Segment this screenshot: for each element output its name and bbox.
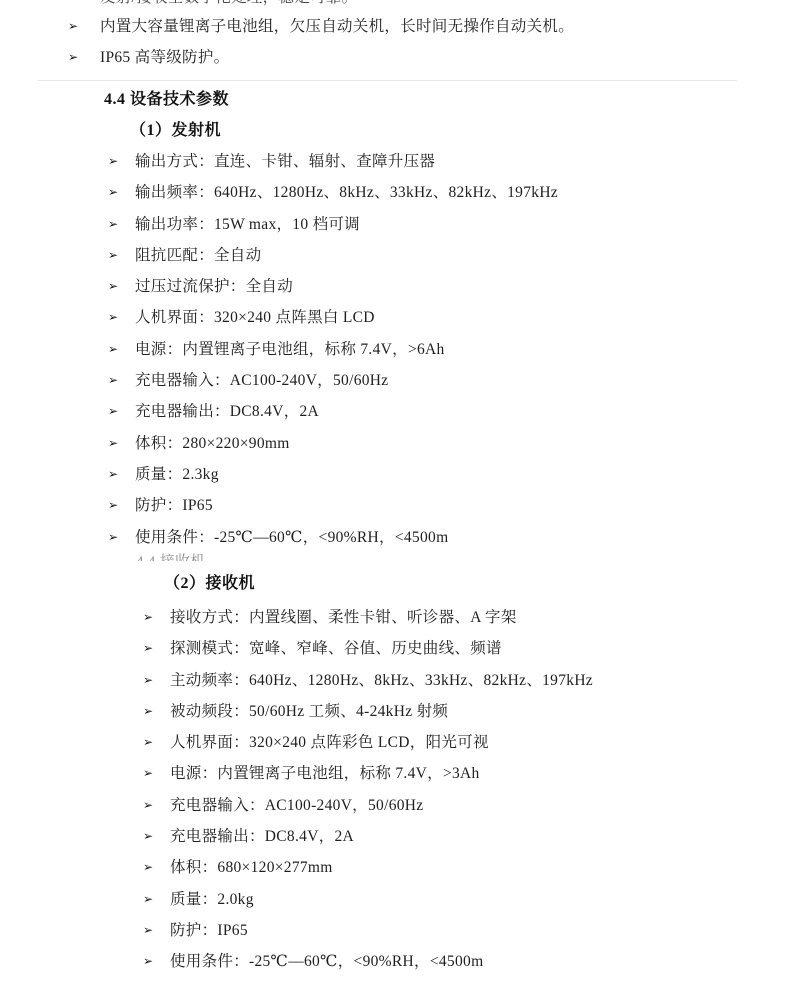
bullet-arrow-icon: ➢: [108, 182, 135, 213]
spec-list-item: ➢ 过压过流保护：全自动: [108, 276, 558, 307]
bullet-arrow-icon: ➢: [108, 527, 135, 558]
spec-list-item: ➢ 电源：内置锂离子电池组，标称 7.4V，>3Ah: [143, 763, 593, 794]
intro-bullet-item: ➢ 内置大容量锂离子电池组，欠压自动关机，长时间无操作自动关机。: [68, 16, 574, 47]
spec-text: 质量：2.3kg: [135, 464, 219, 495]
bullet-arrow-icon: ➢: [108, 307, 135, 338]
bullet-arrow-icon: ➢: [68, 47, 100, 78]
clipped-line-text: 发射/接收全数字化处理，稳定可靠。: [100, 0, 357, 8]
spec-list-item: ➢ 使用条件：-25℃—60℃，<90%RH，<4500m: [143, 951, 593, 982]
bullet-arrow-icon: ➢: [108, 370, 135, 401]
bullet-arrow-icon: ➢: [143, 857, 170, 888]
spec-text: 防护：IP65: [170, 920, 248, 951]
bullet-arrow-icon: ➢: [108, 339, 135, 370]
bullet-arrow-icon: ➢: [143, 920, 170, 951]
bullet-arrow-icon: ➢: [143, 638, 170, 669]
bullet-arrow-icon: ➢: [143, 732, 170, 763]
bullet-arrow-icon: ➢: [108, 495, 135, 526]
bullet-arrow-icon: ➢: [108, 401, 135, 432]
subsection-heading-receiver: （2）接收机: [164, 574, 255, 594]
spec-text: 充电器输入：AC100-240V，50/60Hz: [135, 370, 388, 401]
spec-list-item: ➢ 人机界面：320×240 点阵黑白 LCD: [108, 307, 558, 338]
spec-text: 输出方式：直连、卡钳、辐射、查障升压器: [135, 151, 435, 182]
spec-text: 过压过流保护：全自动: [135, 276, 293, 307]
clipped-line-top: ➢ 发射/接收全数字化处理，稳定可靠。: [0, 0, 720, 9]
bullet-arrow-icon: ➢: [108, 276, 135, 307]
spec-list-item: ➢ 输出方式：直连、卡钳、辐射、查障升压器: [108, 151, 558, 182]
spec-list-item: ➢ 阻抗匹配：全自动: [108, 245, 558, 276]
subsection-heading-transmitter: （1）发射机: [130, 121, 221, 141]
bullet-arrow-icon: ➢: [143, 795, 170, 826]
bullet-arrow-icon: ➢: [143, 951, 170, 982]
spec-text: 充电器输出：DC8.4V，2A: [135, 401, 319, 432]
spec-text: 体积：280×220×90mm: [135, 433, 290, 464]
spec-list-item: ➢ 主动频率：640Hz、1280Hz、8kHz、33kHz、82kHz、197…: [143, 670, 593, 701]
spec-text: 主动频率：640Hz、1280Hz、8kHz、33kHz、82kHz、197kH…: [170, 670, 593, 701]
spec-text: 使用条件：-25℃—60℃，<90%RH，<4500m: [170, 951, 483, 982]
receiver-spec-list: ➢ 接收方式：内置线圈、柔性卡钳、听诊器、A 字架 ➢ 探测模式：宽峰、窄峰、谷…: [143, 607, 593, 983]
spec-text: 质量：2.0kg: [170, 889, 254, 920]
bullet-arrow-icon: ➢: [143, 889, 170, 920]
spec-text: 探测模式：宽峰、窄峰、谷值、历史曲线、频谱: [170, 638, 502, 669]
spec-list-item: ➢ 充电器输出：DC8.4V，2A: [143, 826, 593, 857]
spec-list-item: ➢ 防护：IP65: [108, 495, 558, 526]
bullet-arrow-icon: ➢: [143, 701, 170, 732]
intro-bullet-text: 内置大容量锂离子电池组，欠压自动关机，长时间无操作自动关机。: [100, 16, 574, 47]
spec-list-item: ➢ 充电器输入：AC100-240V，50/60Hz: [143, 795, 593, 826]
document-page: ➢ 发射/接收全数字化处理，稳定可靠。 ➢ 内置大容量锂离子电池组，欠压自动关机…: [0, 0, 800, 1005]
spec-list-item: ➢ 探测模式：宽峰、窄峰、谷值、历史曲线、频谱: [143, 638, 593, 669]
section-divider: [38, 80, 737, 81]
spec-list-item: ➢ 被动频段：50/60Hz 工频、4-24kHz 射频: [143, 701, 593, 732]
bullet-arrow-icon: ➢: [108, 433, 135, 464]
spec-list-item: ➢ 输出频率：640Hz、1280Hz、8kHz、33kHz、82kHz、197…: [108, 182, 558, 213]
bullet-arrow-icon: ➢: [108, 214, 135, 245]
bullet-arrow-icon: ➢: [108, 245, 135, 276]
spec-list-item: ➢ 人机界面：320×240 点阵彩色 LCD，阳光可视: [143, 732, 593, 763]
spec-text: 接收方式：内置线圈、柔性卡钳、听诊器、A 字架: [170, 607, 517, 638]
spec-list-item: ➢ 质量：2.0kg: [143, 889, 593, 920]
spec-text: 防护：IP65: [135, 495, 213, 526]
transmitter-spec-list: ➢ 输出方式：直连、卡钳、辐射、查障升压器 ➢ 输出频率：640Hz、1280H…: [108, 151, 558, 558]
spec-list-item: ➢ 输出功率：15W max，10 档可调: [108, 214, 558, 245]
spec-text: 输出功率：15W max，10 档可调: [135, 214, 360, 245]
bullet-arrow-icon: ➢: [143, 763, 170, 794]
spec-text: 体积：680×120×277mm: [170, 857, 333, 888]
spec-text: 充电器输入：AC100-240V，50/60Hz: [170, 795, 423, 826]
bullet-arrow-icon: ➢: [108, 151, 135, 182]
spec-text: 电源：内置锂离子电池组，标称 7.4V，>6Ah: [135, 339, 445, 370]
bullet-arrow-icon: ➢: [68, 0, 100, 8]
intro-bullet-list: ➢ 内置大容量锂离子电池组，欠压自动关机，长时间无操作自动关机。 ➢ IP65 …: [68, 16, 574, 79]
bullet-arrow-icon: ➢: [108, 464, 135, 495]
bullet-arrow-icon: ➢: [68, 16, 100, 47]
intro-bullet-item: ➢ IP65 高等级防护。: [68, 47, 574, 78]
spec-list-item: ➢ 充电器输入：AC100-240V，50/60Hz: [108, 370, 558, 401]
spec-text: 充电器输出：DC8.4V，2A: [170, 826, 354, 857]
spec-text: 被动频段：50/60Hz 工频、4-24kHz 射频: [170, 701, 448, 732]
spec-list-item: ➢ 接收方式：内置线圈、柔性卡钳、听诊器、A 字架: [143, 607, 593, 638]
spec-list-item: ➢ 体积：280×220×90mm: [108, 433, 558, 464]
bullet-arrow-icon: ➢: [143, 826, 170, 857]
spec-text: 人机界面：320×240 点阵彩色 LCD，阳光可视: [170, 732, 489, 763]
bullet-arrow-icon: ➢: [143, 607, 170, 638]
intro-bullet-text: IP65 高等级防护。: [100, 47, 229, 78]
spec-list-item: ➢ 充电器输出：DC8.4V，2A: [108, 401, 558, 432]
spec-text: 电源：内置锂离子电池组，标称 7.4V，>3Ah: [170, 763, 480, 794]
clipped-line-mid: 4.4 接收机: [136, 553, 356, 561]
spec-text: 阻抗匹配：全自动: [135, 245, 261, 276]
section-heading: 4.4 设备技术参数: [104, 90, 229, 110]
spec-list-item: ➢ 防护：IP65: [143, 920, 593, 951]
clipped-line-text: 4.4 接收机: [136, 553, 356, 561]
spec-text: 人机界面：320×240 点阵黑白 LCD: [135, 307, 375, 338]
spec-list-item: ➢ 体积：680×120×277mm: [143, 857, 593, 888]
spec-text: 输出频率：640Hz、1280Hz、8kHz、33kHz、82kHz、197kH…: [135, 182, 558, 213]
spec-list-item: ➢ 电源：内置锂离子电池组，标称 7.4V，>6Ah: [108, 339, 558, 370]
bullet-row: ➢ 发射/接收全数字化处理，稳定可靠。: [0, 0, 720, 8]
spec-list-item: ➢ 质量：2.3kg: [108, 464, 558, 495]
bullet-arrow-icon: ➢: [143, 670, 170, 701]
